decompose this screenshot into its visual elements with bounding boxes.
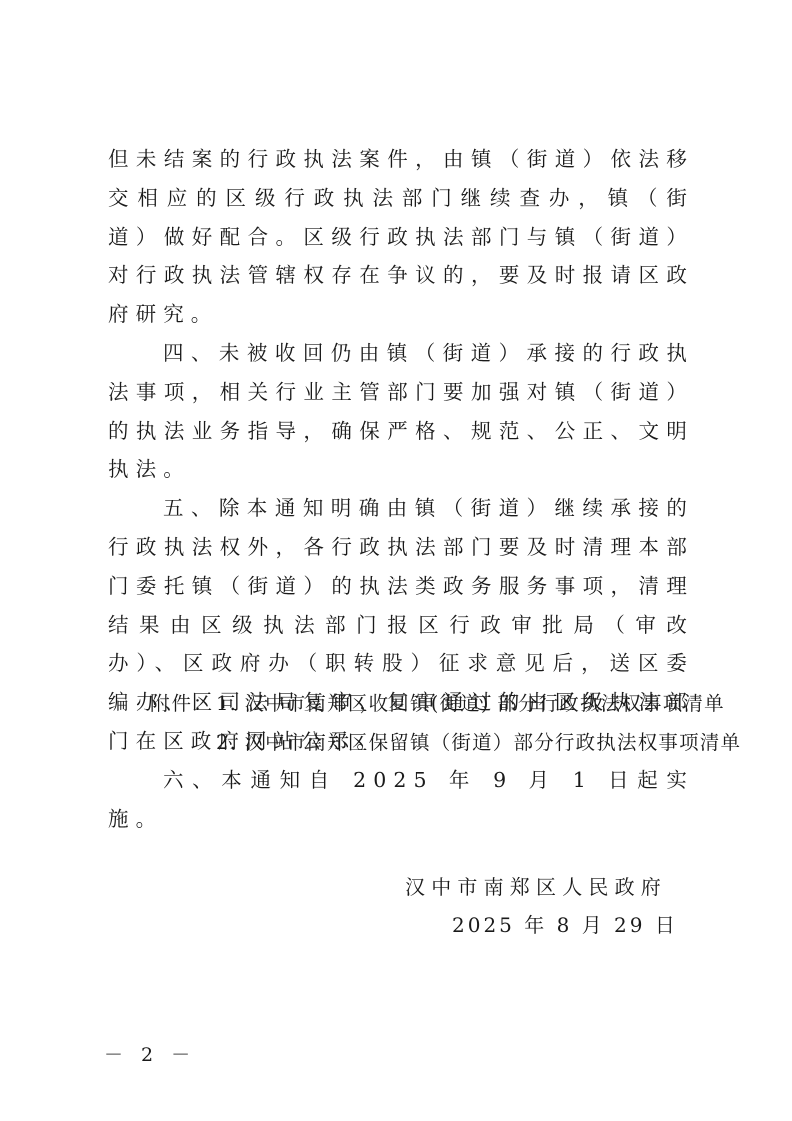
paragraph-item-6: 六、本通知自 2025 年 9 月 1 日起实施。 [108,761,694,839]
attachments-label: 附件： [150,685,216,724]
attachment-row-2: 2. 汉中市南郑区保留镇（街道）部分行政执法权事项清单 [150,724,710,763]
paragraph-continuation: 但未结案的行政执法案件，由镇（街道）依法移交相应的区级行政执法部门继续查办，镇（… [108,140,694,334]
document-page: 但未结案的行政执法案件，由镇（街道）依法移交相应的区级行政执法部门继续查办，镇（… [0,0,792,1121]
issue-date: 2025 年 8 月 29 日 [405,906,678,944]
paragraph-item-4: 四、未被收回仍由镇（街道）承接的行政执法事项，相关行业主管部门要加强对镇（街道）… [108,334,694,489]
page-number: － 2 － [104,1040,196,1067]
issuing-organization: 汉中市南郑区人民政府 [405,868,678,906]
attachment-item-2: 2. 汉中市南郑区保留镇（街道）部分行政执法权事项清单 [216,731,741,754]
attachments-section: 附件：1. 汉中市南郑区收回镇(街道) 部分行政执法权事项清单 2. 汉中市南郑… [150,685,710,763]
attachment-item-1: 1. 汉中市南郑区收回镇(街道) 部分行政执法权事项清单 [216,692,725,715]
attachment-row-1: 附件：1. 汉中市南郑区收回镇(街道) 部分行政执法权事项清单 [150,685,710,724]
signature-block: 汉中市南郑区人民政府 2025 年 8 月 29 日 [405,868,678,944]
